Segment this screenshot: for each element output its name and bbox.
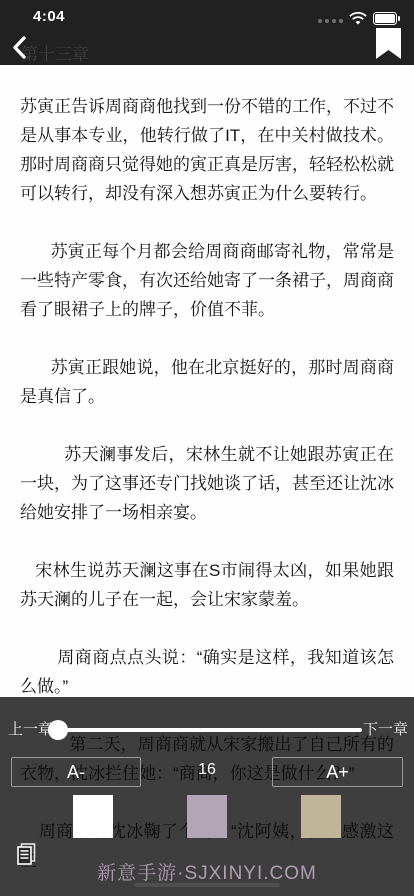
home-indicator xyxy=(134,883,280,887)
back-button[interactable] xyxy=(12,36,26,59)
header-bar: 4:04 第十三章 xyxy=(0,0,414,65)
cellular-signal-icon xyxy=(318,19,343,23)
theme-swatch-white[interactable] xyxy=(73,795,113,838)
slider-track xyxy=(50,728,362,732)
wifi-icon xyxy=(349,12,367,30)
paragraph: 苏寅正告诉周商商他找到一份不错的工作，不过不是从事本专业，他转行做了IT，在中关… xyxy=(20,92,394,208)
paragraph: 周商商点点头说：“确实是这样，我知道该怎么做。” xyxy=(20,643,394,701)
theme-swatch-tan[interactable] xyxy=(301,795,341,838)
slider-thumb[interactable] xyxy=(48,720,68,740)
font-increase-button[interactable]: A+ xyxy=(272,757,403,787)
bookmark-icon[interactable] xyxy=(376,28,401,59)
theme-swatch-lavender[interactable] xyxy=(187,795,227,838)
settings-overlay: 上一章 下一章 A- 16 A+ 新意手游·SJXINYI.COM xyxy=(0,697,414,896)
paragraph: 苏天澜事发后，宋林生就不让她跟苏寅正在一块，为了这事还专门找她谈了话，甚至还让沈… xyxy=(20,440,394,527)
paragraph: 宋林生说苏天澜这事在S市闹得太凶，如果她跟苏天澜的儿子在一起，会让宋家蒙羞。 xyxy=(20,556,394,614)
status-time: 4:04 xyxy=(33,8,65,25)
paragraph: 苏寅正跟她说，他在北京挺好的，那时周商商是真信了。 xyxy=(20,353,394,411)
prev-chapter-button[interactable]: 上一章 xyxy=(8,718,53,739)
chapter-title: 第十三章 xyxy=(21,40,89,65)
chapter-progress-slider[interactable] xyxy=(50,717,362,743)
site-watermark: 新意手游·SJXINYI.COM xyxy=(0,858,414,885)
reader-screen: 4:04 第十三章 xyxy=(0,0,414,896)
paragraph: 苏寅正每个月都会给周商商邮寄礼物，常常是一些特产零食，有次还给她寄了一条裙子，周… xyxy=(20,237,394,324)
next-chapter-button[interactable]: 下一章 xyxy=(363,718,408,739)
